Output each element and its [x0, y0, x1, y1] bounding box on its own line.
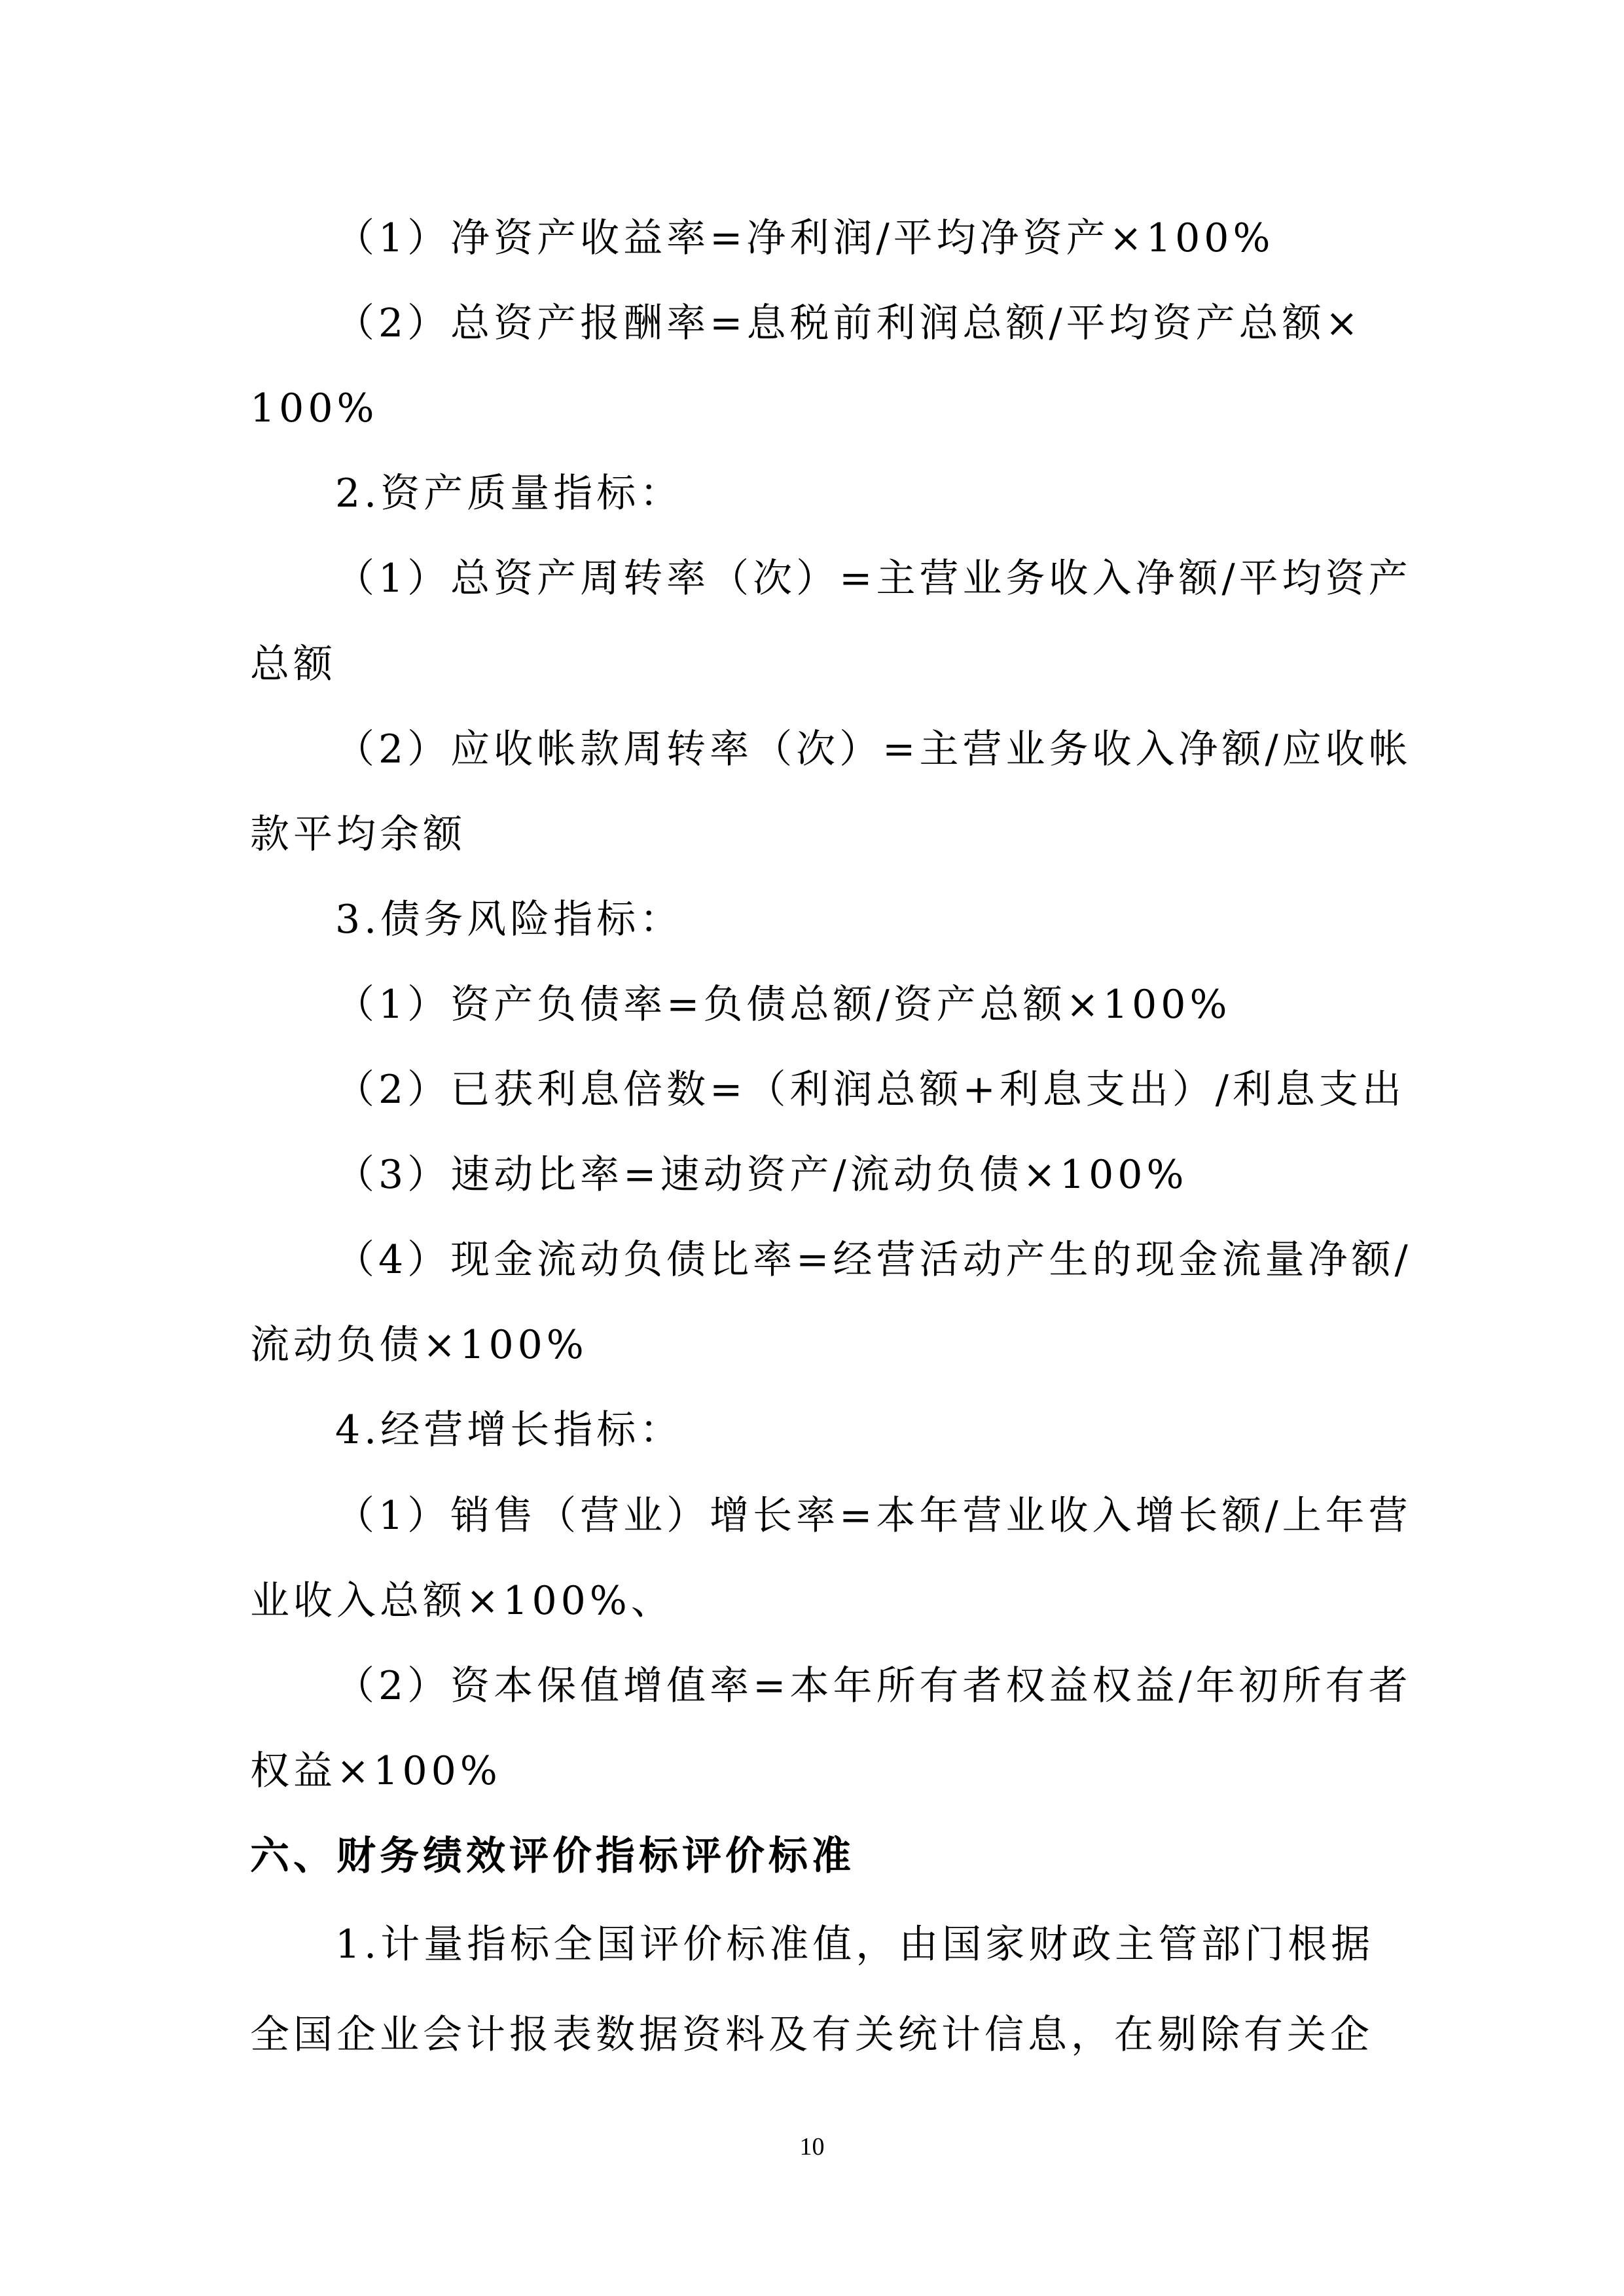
document-page: （1）净资产收益率=净利润/平均净资产×100% （2）总资产报酬率=息税前利润…	[0, 0, 1624, 2296]
formula-quick-ratio: （3）速动比率=速动资产/流动负债×100%	[335, 1132, 1187, 1217]
paragraph-national-standard-values: 1.计量指标全国评价标准值，由国家财政主管部门根据	[335, 1902, 1374, 1987]
section-heading-evaluation-standards: 六、财务绩效评价指标评价标准	[250, 1814, 855, 1899]
formula-total-asset-turnover: （1）总资产周转率（次）=主营业务收入净额/平均资产	[335, 536, 1412, 621]
page-number: 10	[0, 2132, 1624, 2161]
formula-receivables-turnover: （2）应收帐款周转率（次）=主营业务收入净额/应收帐	[335, 707, 1412, 792]
formula-debt-to-asset-ratio: （1）资产负债率=负债总额/资产总额×100%	[335, 962, 1231, 1047]
formula-return-on-total-assets-continued: 100%	[250, 366, 378, 451]
formula-sales-growth-rate: （1）销售（营业）增长率=本年营业收入增长额/上年营	[335, 1473, 1412, 1558]
section-debt-risk-indicators: 3.债务风险指标：	[335, 877, 683, 962]
formula-return-on-equity: （1）净资产收益率=净利润/平均净资产×100%	[335, 196, 1274, 281]
paragraph-national-standard-values-continued: 全国企业会计报表数据资料及有关统计信息，在剔除有关企	[250, 1992, 1373, 2077]
formula-capital-preservation-rate-continued: 权益×100%	[250, 1729, 501, 1814]
section-growth-indicators: 4.经营增长指标：	[335, 1388, 683, 1473]
formula-receivables-turnover-continued: 款平均余额	[250, 792, 466, 877]
formula-cash-flow-liability-ratio: （4）现金流动负债比率=经营活动产生的现金流量净额/	[335, 1217, 1412, 1302]
formula-sales-growth-rate-continued: 业收入总额×100%、	[250, 1558, 674, 1643]
formula-total-asset-turnover-continued: 总额	[250, 622, 336, 707]
section-asset-quality-indicators: 2.资产质量指标：	[335, 451, 683, 536]
formula-return-on-total-assets: （2）总资产报酬率=息税前利润总额/平均资产总额×	[335, 281, 1362, 366]
formula-interest-coverage: （2）已获利息倍数=（利润总额+利息支出）/利息支出	[335, 1047, 1405, 1132]
formula-cash-flow-liability-ratio-continued: 流动负债×100%	[250, 1302, 588, 1388]
formula-capital-preservation-rate: （2）资本保值增值率=本年所有者权益权益/年初所有者	[335, 1643, 1412, 1729]
